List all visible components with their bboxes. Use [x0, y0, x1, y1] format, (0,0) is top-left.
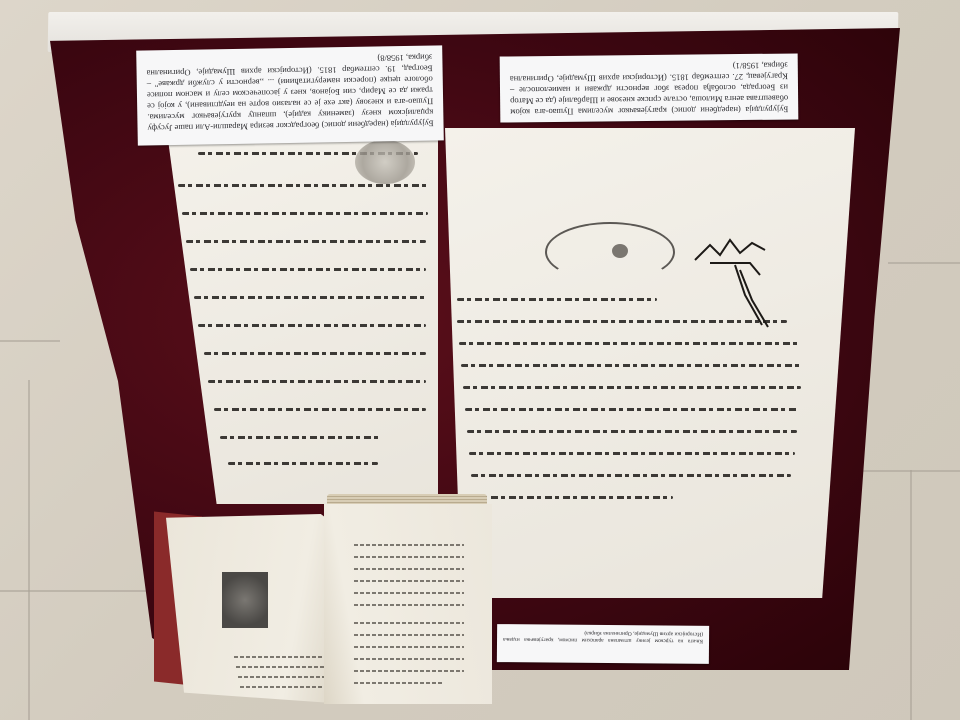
- script-line: [463, 386, 801, 389]
- script-line: [208, 380, 426, 383]
- print-line: [354, 604, 464, 606]
- print-line: [354, 568, 464, 570]
- print-line: [354, 622, 464, 624]
- script-line: [194, 296, 426, 299]
- caption-card-book: Књига на турском језику штампана арапски…: [497, 624, 709, 664]
- script-line: [220, 436, 380, 439]
- script-line: [467, 430, 797, 433]
- script-line: [190, 268, 426, 271]
- caption-text: Књига на турском језику штампана арапски…: [503, 628, 703, 644]
- print-line: [236, 666, 328, 668]
- tile-joint: [888, 262, 960, 264]
- script-line: [469, 452, 795, 455]
- seal-stamp-icon: [355, 140, 415, 184]
- book-right-page: [324, 504, 492, 704]
- tughra-signature-icon: [690, 235, 770, 330]
- tile-joint: [28, 380, 30, 720]
- print-line: [354, 658, 464, 660]
- decorative-swirl: [545, 222, 675, 282]
- script-line: [178, 184, 428, 187]
- script-line: [465, 408, 799, 411]
- script-line: [186, 240, 426, 243]
- script-line: [461, 364, 801, 367]
- print-line: [238, 676, 330, 678]
- script-line: [228, 462, 378, 465]
- caption-card-left-document: Бујурулдија (наредбени допис) београдско…: [136, 45, 444, 145]
- script-line: [214, 408, 426, 411]
- print-line: [354, 670, 464, 672]
- tile-joint: [0, 590, 160, 592]
- right-manuscript: [445, 128, 855, 598]
- script-line: [204, 352, 426, 355]
- print-line: [354, 580, 464, 582]
- script-line: [471, 474, 791, 477]
- round-seal-icon: [612, 244, 628, 258]
- open-book: [152, 494, 492, 704]
- script-line: [182, 212, 428, 215]
- caption-card-right-document: Бујурулдија (наредбени допис) крагујевач…: [500, 53, 799, 122]
- print-line: [354, 682, 444, 684]
- caption-text: Бујурулдија (наредбени допис) београдско…: [146, 52, 433, 134]
- tile-joint: [910, 470, 912, 720]
- book-photograph: [222, 572, 268, 628]
- caption-text: Бујурулдија (наредбени допис) крагујевач…: [510, 60, 789, 118]
- print-line: [354, 646, 464, 648]
- print-line: [354, 544, 464, 546]
- script-line: [198, 324, 426, 327]
- tile-joint: [0, 340, 60, 342]
- print-line: [354, 634, 464, 636]
- script-line: [473, 496, 673, 499]
- print-line: [354, 556, 464, 558]
- print-line: [354, 592, 464, 594]
- print-line: [234, 656, 326, 658]
- script-line: [459, 342, 799, 345]
- print-line: [240, 686, 332, 688]
- script-line: [457, 298, 657, 301]
